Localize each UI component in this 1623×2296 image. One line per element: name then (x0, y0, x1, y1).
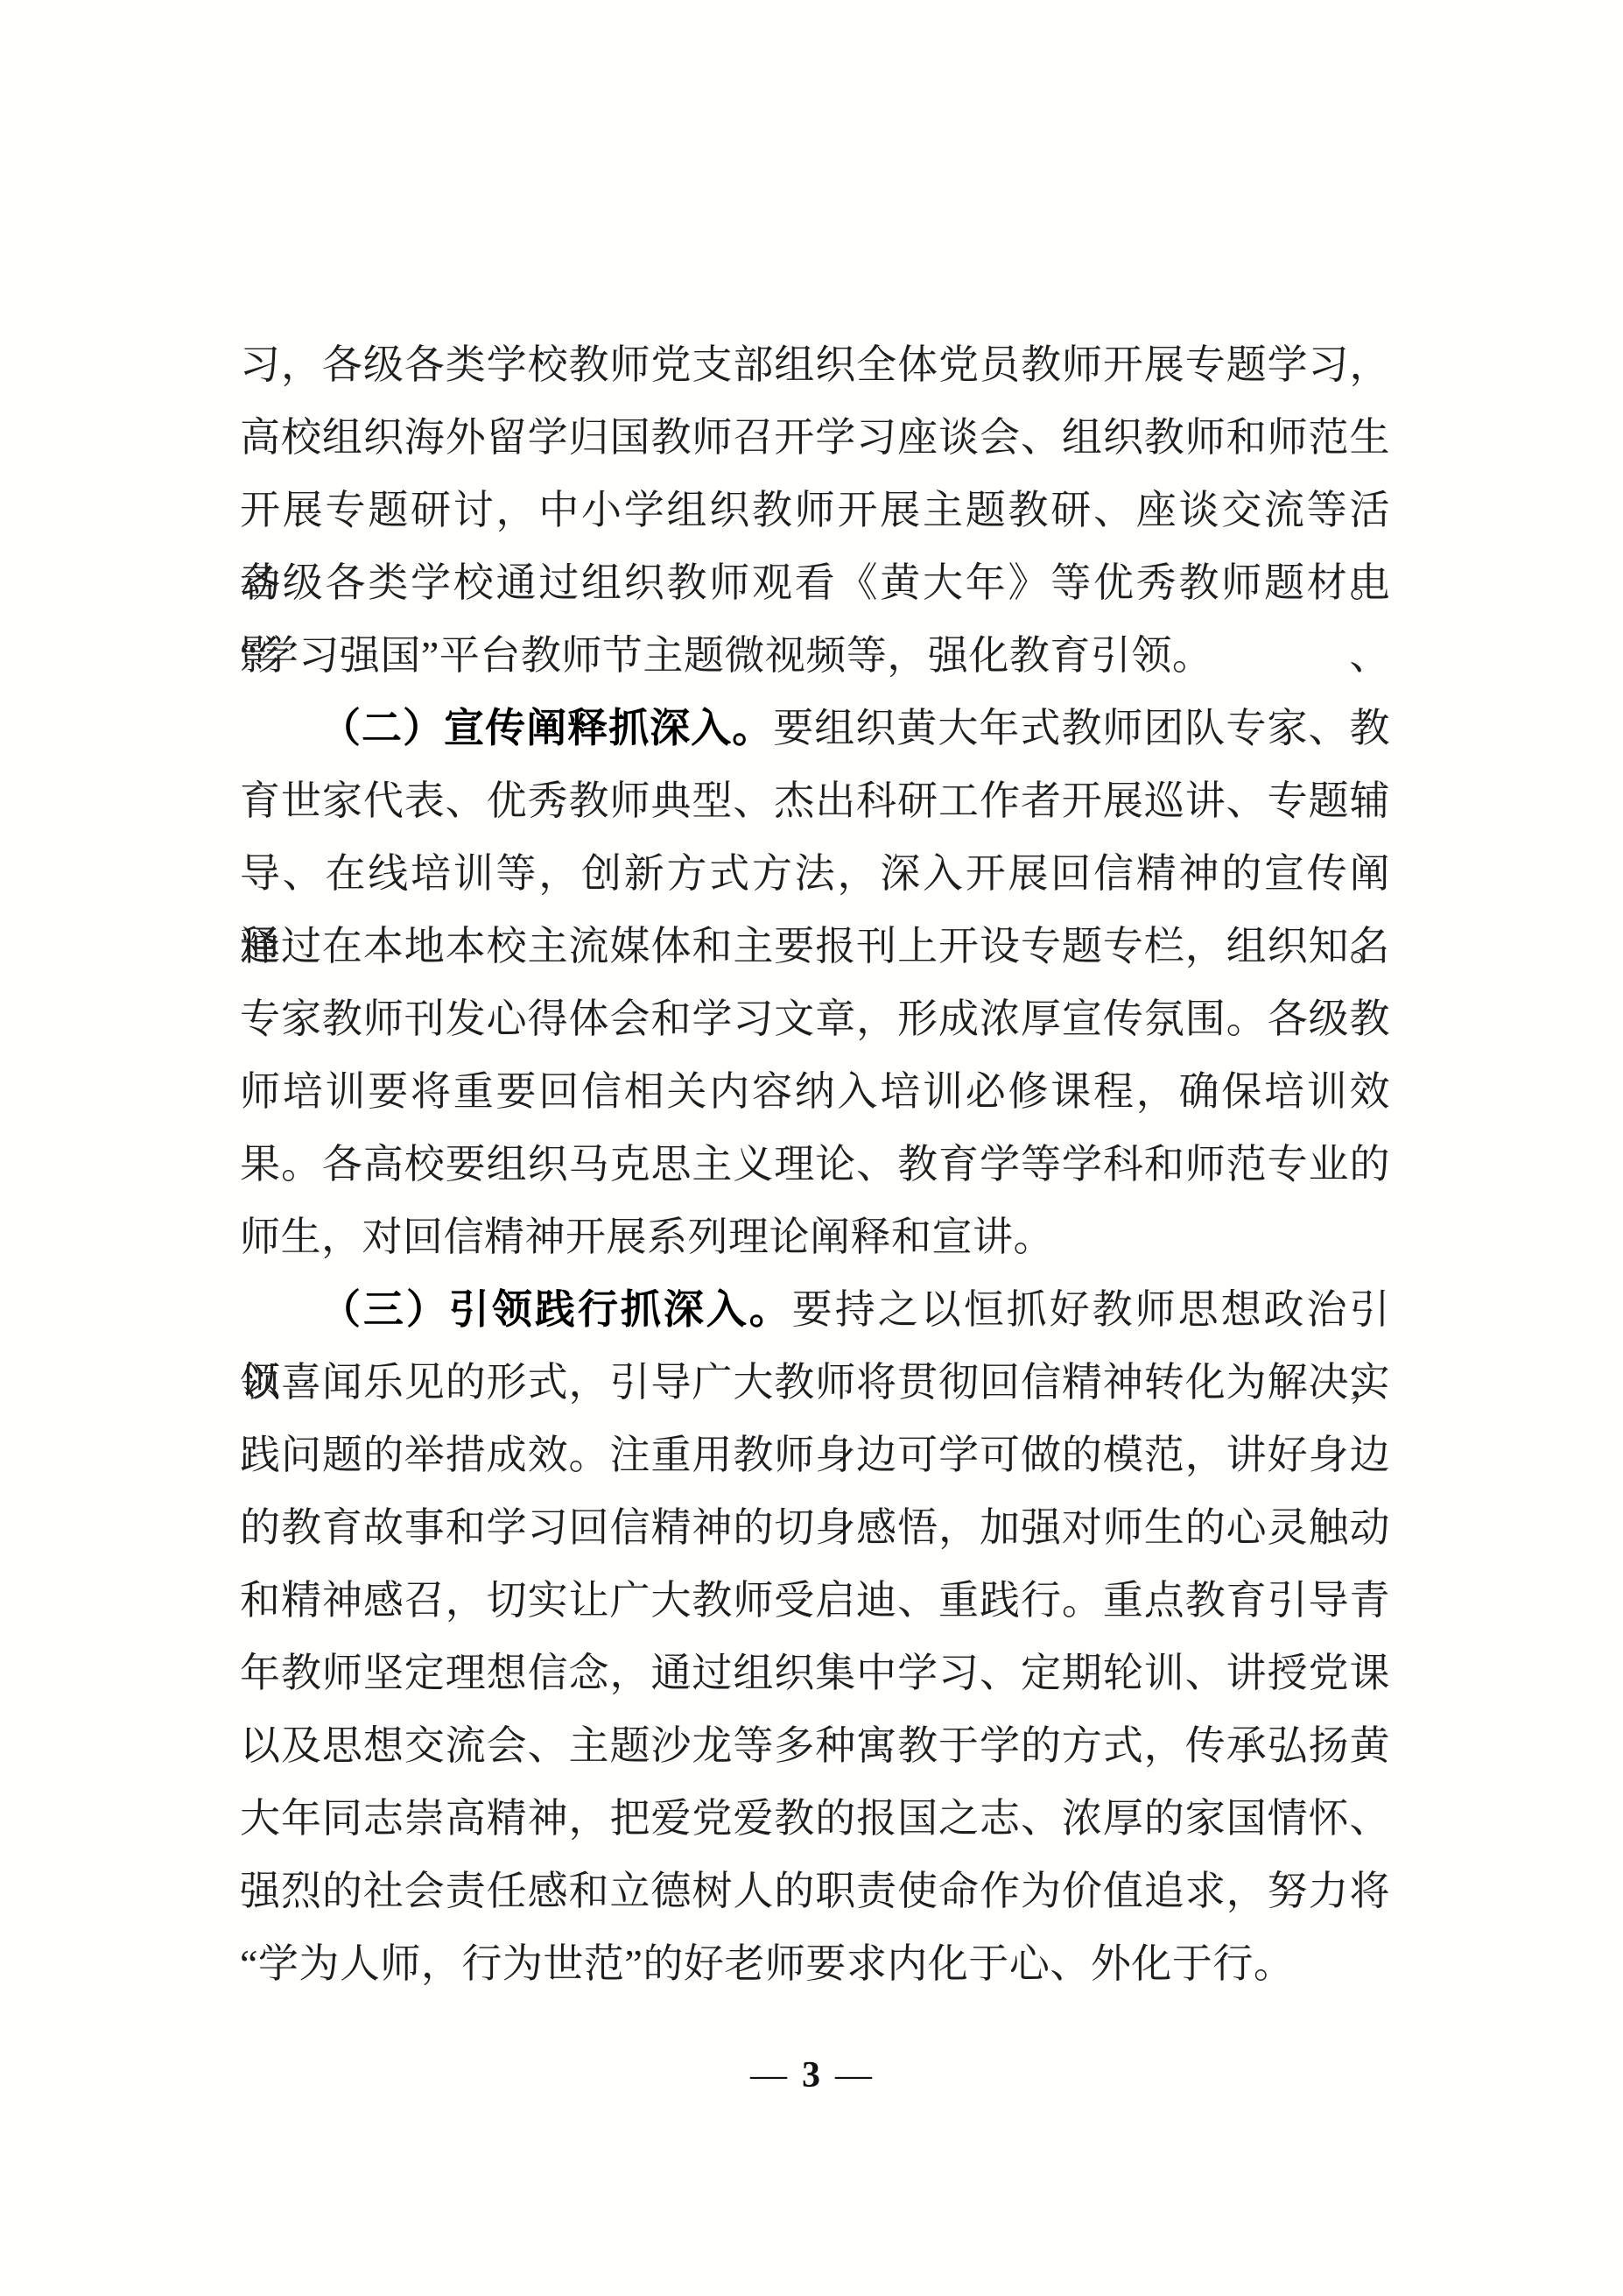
footer-dash-right: — (835, 2055, 873, 2095)
text-line: 的教育故事和学习回信精神的切身感悟，加强对师生的心灵触动 (240, 1491, 1390, 1564)
text-line: 导、在线培训等，创新方式方法，深入开展回信精神的宣传阐释。 (240, 837, 1390, 910)
paragraph-section-3: （三）引领践行抓深入。要持之以恒抓好教师思想政治引领， 以喜闻乐见的形式，引导广… (240, 1273, 1390, 2000)
text-line: 高校组织海外留学归国教师召开学习座谈会、组织教师和师范生 (240, 401, 1390, 474)
text-line: 通过在本地本校主流媒体和主要报刊上开设专题专栏，组织知名 (240, 910, 1390, 982)
text-line: “学为人师，行为世范”的好老师要求内化于心、外化于行。 (240, 1927, 1390, 2000)
text-line: 践问题的举措成效。注重用教师身边可学可做的模范，讲好身边 (240, 1419, 1390, 1491)
section-3-heading: （三）引领践行抓深入。 (320, 1287, 792, 1332)
paragraph-continuation: 习，各级各类学校教师党支部组织全体党员教师开展专题学习， 高校组织海外留学归国教… (240, 328, 1390, 692)
text-line: 开展专题研讨，中小学组织教师开展主题教研、座谈交流等活动。 (240, 474, 1390, 546)
text-line: （三）引领践行抓深入。要持之以恒抓好教师思想政治引领， (240, 1273, 1390, 1346)
page-footer: —3— (0, 2054, 1623, 2096)
document-page: 习，各级各类学校教师党支部组织全体党员教师开展专题学习， 高校组织海外留学归国教… (0, 0, 1623, 2296)
text-line: 习，各级各类学校教师党支部组织全体党员教师开展专题学习， (240, 328, 1390, 401)
document-body: 习，各级各类学校教师党支部组织全体党员教师开展专题学习， 高校组织海外留学归国教… (240, 328, 1390, 2000)
text-line: 大年同志崇高精神，把爱党爱教的报国之志、浓厚的家国情怀、 (240, 1782, 1390, 1855)
section-2-heading: （二）宣传阐释抓深入。 (320, 706, 773, 750)
text-line: 各级各类学校通过组织教师观看《黄大年》等优秀教师题材电影、 (240, 546, 1390, 619)
text-line: 以及思想交流会、主题沙龙等多种寓教于学的方式，传承弘扬黄 (240, 1709, 1390, 1782)
text-run: 要组织黄大年式教师团队专家、教 (773, 706, 1390, 750)
text-line: 专家教师刊发心得体会和学习文章，形成浓厚宣传氛围。各级教 (240, 982, 1390, 1055)
text-line: 果。各高校要组织马克思主义理论、教育学等学科和师范专业的 (240, 1128, 1390, 1201)
text-line: 师培训要将重要回信相关内容纳入培训必修课程，确保培训效 (240, 1055, 1390, 1128)
text-line: 年教师坚定理想信念，通过组织集中学习、定期轮训、讲授党课 (240, 1637, 1390, 1709)
paragraph-section-2: （二）宣传阐释抓深入。要组织黄大年式教师团队专家、教 育世家代表、优秀教师典型、… (240, 692, 1390, 1273)
text-line: 和精神感召，切实让广大教师受启迪、重践行。重点教育引导青 (240, 1564, 1390, 1637)
page-number: 3 (802, 2054, 821, 2096)
text-line: 育世家代表、优秀教师典型、杰出科研工作者开展巡讲、专题辅 (240, 764, 1390, 837)
text-line: （二）宣传阐释抓深入。要组织黄大年式教师团队专家、教 (240, 692, 1390, 764)
footer-dash-left: — (750, 2055, 788, 2095)
text-line: 师生，对回信精神开展系列理论阐释和宣讲。 (240, 1201, 1390, 1273)
text-line: 以喜闻乐见的形式，引导广大教师将贯彻回信精神转化为解决实 (240, 1346, 1390, 1419)
text-line: 强烈的社会责任感和立德树人的职责使命作为价值追求，努力将 (240, 1855, 1390, 1927)
